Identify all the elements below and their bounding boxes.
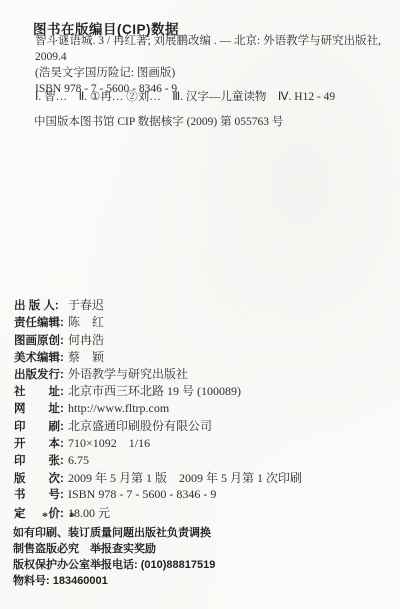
format-row: 开 本: 710×1092 1/16 [14,434,302,451]
printer-row: 印 刷: 北京盛通印刷股份有限公司 [14,417,302,434]
edition-value: 2009 年 5 月第 1 版 2009 年 5 月第 1 次印刷 [68,469,302,486]
quality-notice: 如有印刷、装订质量问题出版社负责调换 [13,525,215,541]
notices-block: 如有印刷、装订质量问题出版社负责调换 制售盗版必究 举报查实奖励 版权保护办公室… [13,525,215,589]
cip-copyright-page: 图书在版编目(CIP)数据 智斗谜语城. 3 / 冉红著; 刘展鹏改编 . — … [0,0,400,609]
publisher-label: 出版发行: [14,366,68,382]
asterisk-separator: * * * [15,509,75,524]
publisher-value: 外语教学与研究出版社 [68,365,188,382]
sheets-value: 6.75 [68,453,89,468]
isbn-label: 书 号: [14,486,68,502]
sheets-label: 印 张: [14,452,68,468]
copyright-hotline: 版权保护办公室举报电话: (010)88817519 [13,557,215,573]
responsible-editor-label: 责任编辑: [14,314,68,330]
art-editor-value: 蔡 颖 [68,348,104,365]
printer-label: 印 刷: [14,418,68,434]
cip-record-number: 中国版本图书馆 CIP 数据核字 (2009) 第 055763 号 [34,113,283,129]
website-url: http://www.fltrp.com [68,401,169,416]
sheets-row: 印 张: 6.75 [14,452,302,469]
format-value: 710×1092 1/16 [68,434,150,451]
cip-title-statement: 智斗谜语城. 3 / 冉红著; 刘展鹏改编 . — 北京: 外语教学与研究出版社… [35,33,400,65]
publication-info-block: 出 版 人: 于春迟 责任编辑: 陈 红 图画原创: 何冉浩 美术编辑: 蔡 颖… [14,296,302,521]
material-number: 物料号: 183460001 [13,573,215,589]
antipiracy-notice: 制售盗版必究 举报查实奖励 [13,541,215,557]
edition-row: 版 次: 2009 年 5 月第 1 版 2009 年 5 月第 1 次印刷 [14,469,302,486]
address-label: 社 址: [14,383,68,399]
art-editor-row: 美术编辑: 蔡 颖 [14,348,302,365]
cip-series-statement: (浩昊文字国历险记: 图画版) [35,65,400,81]
printer-value: 北京盛通印刷股份有限公司 [68,417,212,434]
illustration-creator-row: 图画原创: 何冉浩 [14,331,302,348]
isbn-row: 书 号: ISBN 978 - 7 - 5600 - 8346 - 9 [14,486,302,503]
address-value: 北京市西三环北路 19 号 (100089) [68,382,241,399]
website-row: 网 址: http://www.fltrp.com [14,400,302,417]
responsible-editor-row: 责任编辑: 陈 红 [14,313,302,330]
art-editor-label: 美术编辑: [14,349,68,365]
address-row: 社 址: 北京市西三环北路 19 号 (100089) [14,382,302,399]
illustration-creator-label: 图画原创: [14,332,68,348]
isbn-value: ISBN 978 - 7 - 5600 - 8346 - 9 [68,487,216,502]
website-label: 网 址: [14,400,68,416]
edition-label: 版 次: [14,470,68,486]
illustration-creator-value: 何冉浩 [68,331,104,348]
publisher-person-row: 出 版 人: 于春迟 [14,296,302,313]
classification-line: Ⅰ. 智… Ⅱ. ①冉… ②刘… Ⅲ. 汉字—儿童读物 Ⅳ. H12 - 49 [35,88,335,104]
publisher-row: 出版发行: 外语教学与研究出版社 [14,365,302,382]
format-label: 开 本: [14,435,68,451]
publisher-person-label: 出 版 人: [14,297,68,313]
responsible-editor-value: 陈 红 [68,313,104,330]
publisher-person-value: 于春迟 [68,296,104,313]
